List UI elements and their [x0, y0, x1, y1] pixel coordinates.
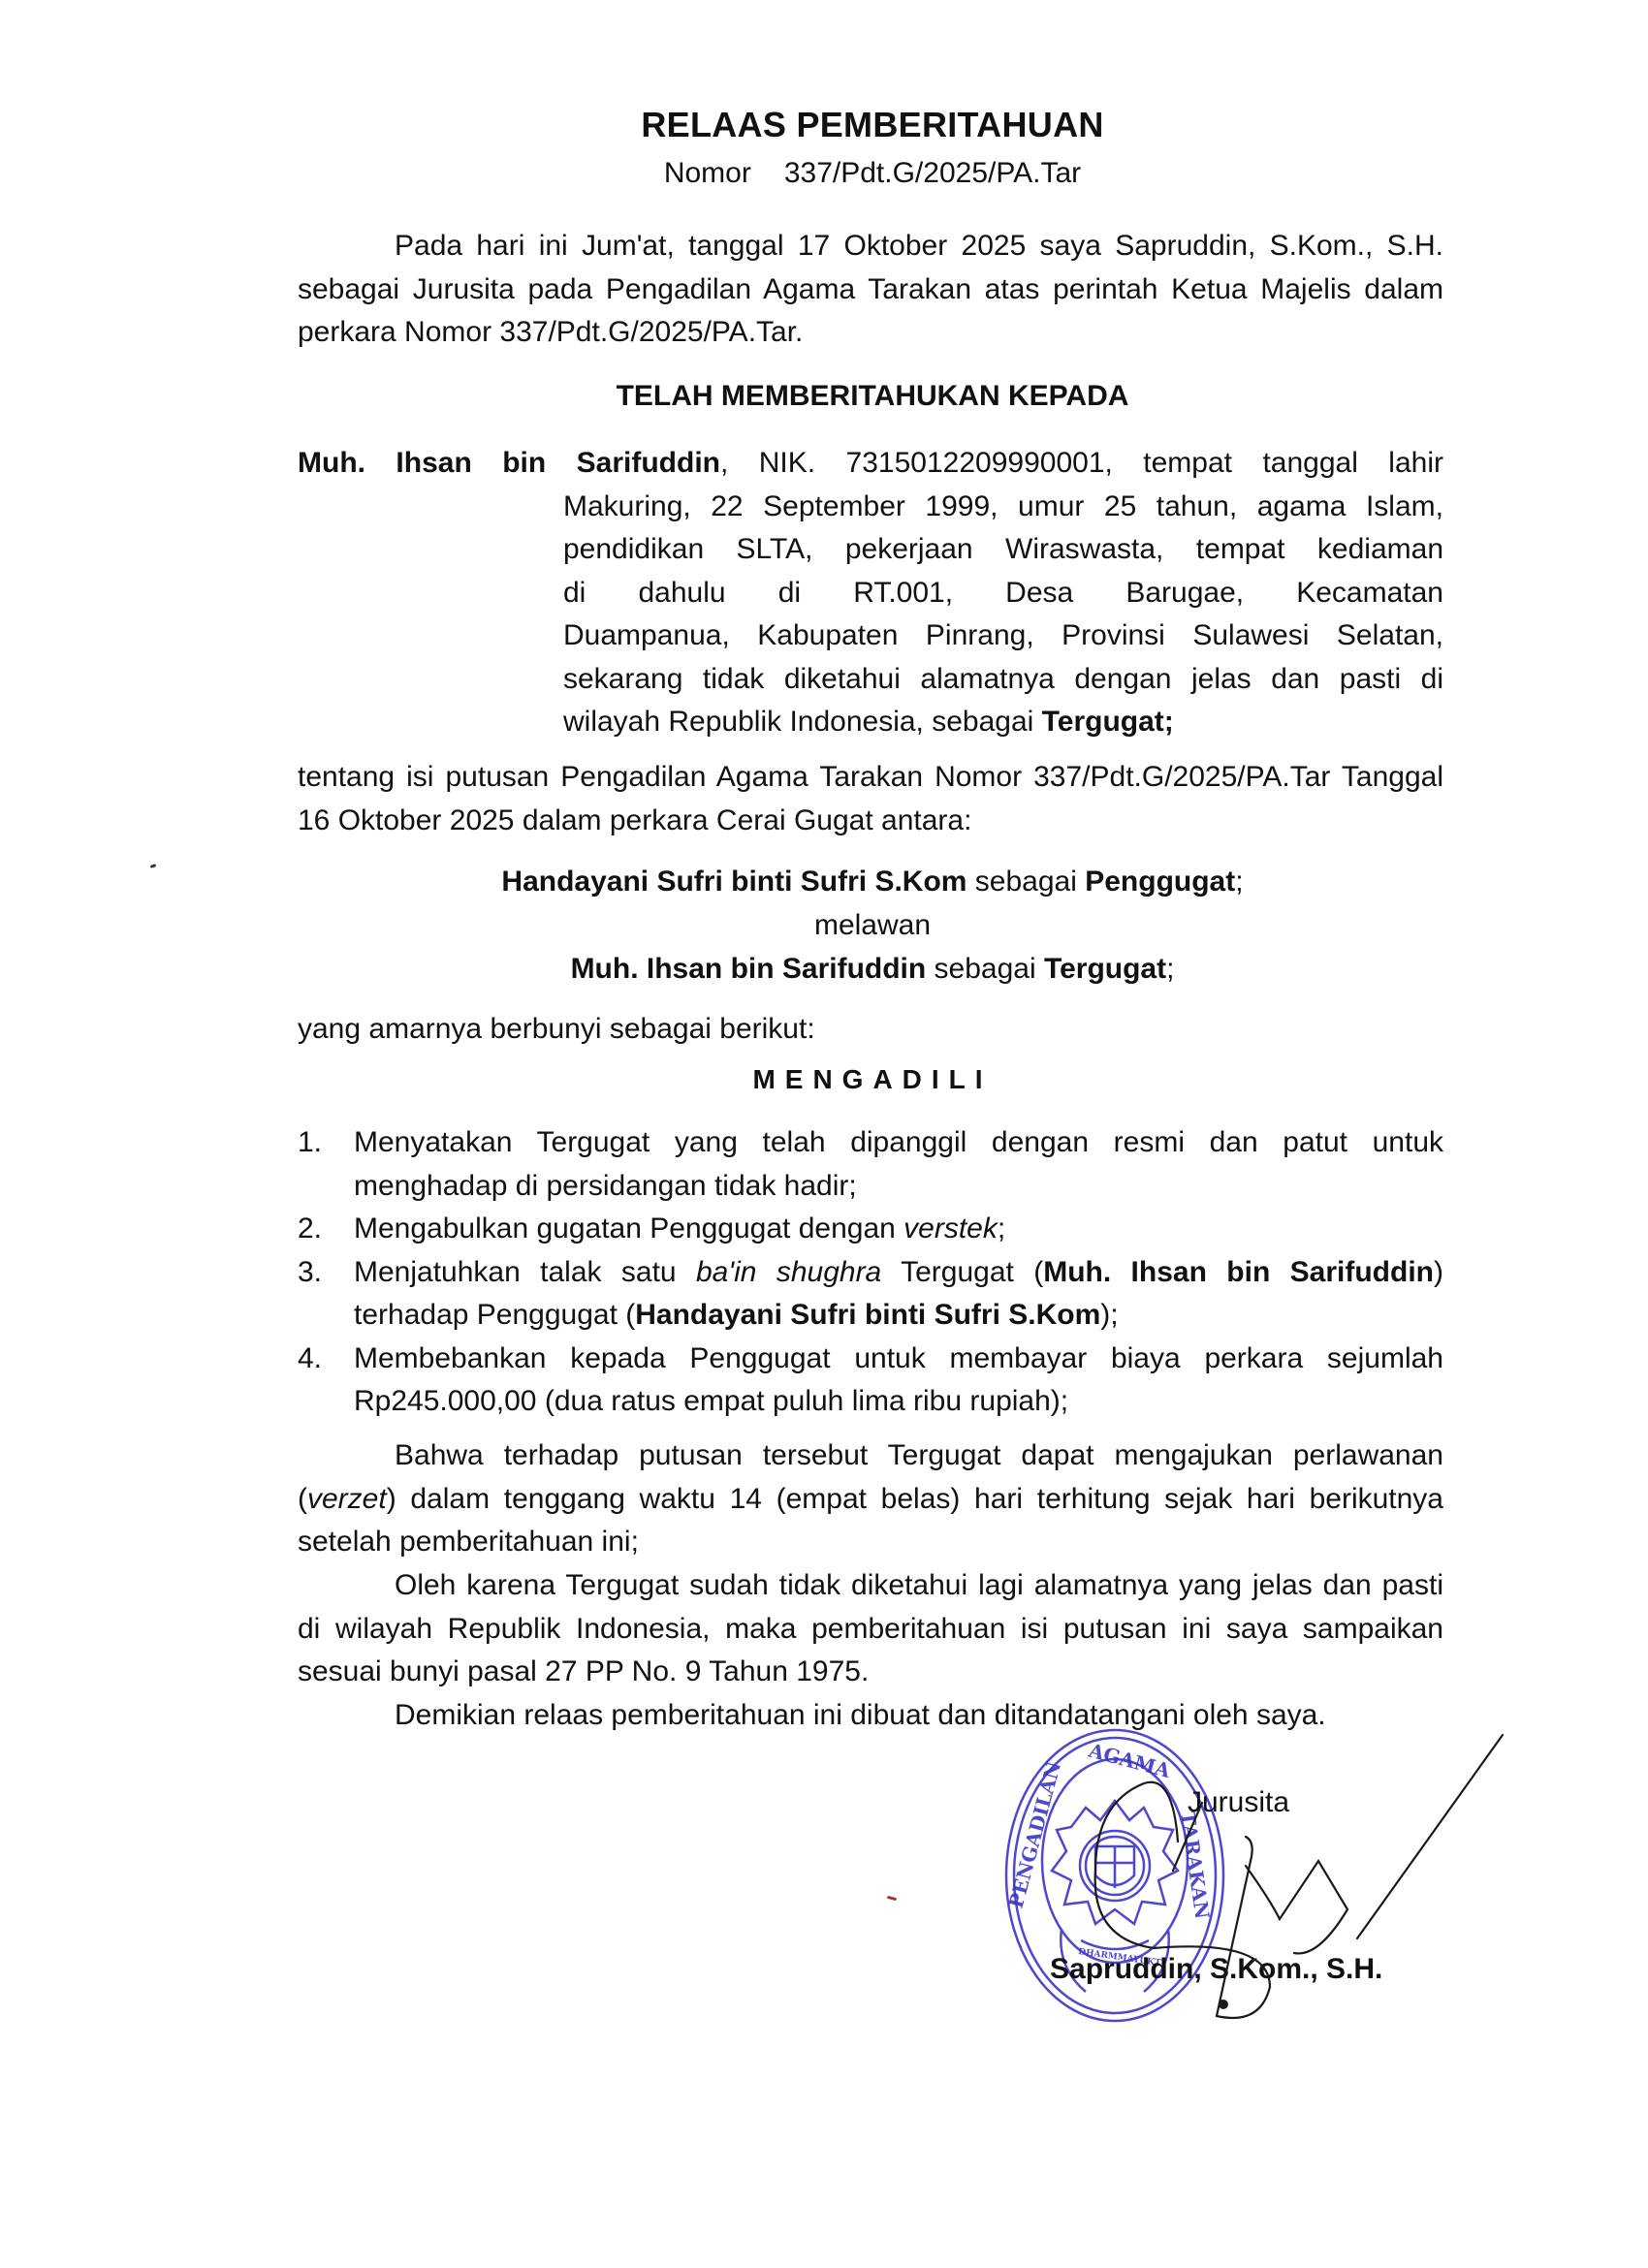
recipient-role: Tergugat;: [1042, 706, 1174, 738]
recipient-line: sekarang tidak diketahui alamatnya denga…: [563, 658, 1443, 702]
verdict-item: 1. Menyatakan Tergugat yang telah dipang…: [298, 1121, 1443, 1208]
verdict-item-italic: verstek: [903, 1213, 998, 1244]
verzet-italic: verzet: [307, 1483, 387, 1515]
verdict-item-plaintiff: Handayani Sufri binti Sufri S.Kom: [635, 1299, 1100, 1331]
handwritten-signature-icon: [979, 1716, 1522, 2035]
versus-label: melawan: [0, 904, 1648, 948]
verdict-item: 4. Membebankan kepada Penggugat untuk me…: [298, 1338, 1443, 1424]
verdict-heading: MENGADILI: [0, 1064, 1648, 1095]
verdict-item-number: 1.: [298, 1121, 322, 1165]
recipient-line: wilayah Republik Indonesia, sebagai Terg…: [563, 701, 1443, 744]
defendant-end: ;: [1166, 953, 1174, 985]
verdict-item-text: Tergugat (: [881, 1256, 1043, 1288]
verdict-item: 3. Menjatuhkan talak satu ba'in shughra …: [298, 1251, 1443, 1338]
signature-area: PENGADILAN AGAMA TARAKAN DHARMMAYUKTI Ju…: [979, 1716, 1522, 2035]
document-title: RELAAS PEMBERITAHUAN: [0, 105, 1648, 145]
recipient-line: pendidikan SLTA, pekerjaan Wiraswasta, t…: [563, 528, 1443, 572]
defendant-name: Muh. Ihsan bin Sarifuddin: [571, 953, 927, 985]
document-number-value: 337/Pdt.G/2025/PA.Tar: [784, 157, 1081, 189]
verdict-item-defendant: Muh. Ihsan bin Sarifuddin: [1043, 1256, 1434, 1288]
document-page: RELAAS PEMBERITAHUAN Nomor337/Pdt.G/2025…: [0, 0, 1648, 2268]
defendant-as: sebagai: [926, 953, 1044, 985]
reason-paragraph: Oleh karena Tergugat sudah tidak diketah…: [298, 1564, 1443, 1694]
subject-paragraph: tentang isi putusan Pengadilan Agama Tar…: [298, 756, 1443, 842]
plaintiff-as: sebagai: [967, 866, 1085, 898]
document-number-label: Nomor: [664, 157, 751, 189]
verdict-list: 1. Menyatakan Tergugat yang telah dipang…: [298, 1121, 1443, 1424]
plaintiff-name: Handayani Sufri binti Sufri S.Kom: [501, 866, 967, 898]
verdict-item-number: 3.: [298, 1251, 322, 1295]
defendant-line: Muh. Ihsan bin Sarifuddin sebagai Tergug…: [0, 948, 1648, 992]
scan-speck: [887, 1896, 897, 1901]
verzet-paragraph: Bahwa terhadap putusan tersebut Tergugat…: [298, 1434, 1443, 1564]
verdict-item-text: Menjatuhkan talak satu: [354, 1256, 696, 1288]
notified-heading: TELAH MEMBERITAHUKAN KEPADA: [0, 380, 1648, 413]
plaintiff-role: Penggugat: [1085, 866, 1235, 898]
verdict-item-italic: ba'in shughra: [696, 1256, 881, 1288]
verdict-item-number: 2.: [298, 1208, 322, 1251]
recipient-name: Muh. Ihsan bin Sarifuddin: [298, 447, 720, 479]
recipient-nik: , NIK. 7315012209990001, tempat tanggal …: [720, 447, 1443, 479]
verdict-item-text: );: [1100, 1299, 1118, 1331]
verdict-item-text: Mengabulkan gugatan Penggugat dengan: [354, 1213, 903, 1244]
verdict-intro: yang amarnya berbunyi sebagai berikut:: [298, 1008, 1443, 1052]
defendant-role: Tergugat: [1044, 953, 1166, 985]
opening-paragraph: Pada hari ini Jum'at, tanggal 17 Oktober…: [298, 225, 1443, 355]
verdict-item-number: 4.: [298, 1338, 322, 1381]
recipient-line: Duampanua, Kabupaten Pinrang, Provinsi S…: [563, 614, 1443, 658]
recipient-details: Makuring, 22 September 1999, umur 25 tah…: [298, 486, 1443, 744]
verdict-item-text-end: ;: [998, 1213, 1005, 1244]
recipient-block: Muh. Ihsan bin Sarifuddin, NIK. 73150122…: [298, 442, 1443, 744]
verdict-item: 2. Mengabulkan gugatan Penggugat dengan …: [298, 1208, 1443, 1251]
plaintiff-end: ;: [1235, 866, 1243, 898]
verzet-text-end: ) dalam tenggang waktu 14 (empat belas) …: [298, 1483, 1443, 1559]
recipient-last-line-text: wilayah Republik Indonesia, sebagai: [563, 706, 1042, 738]
verdict-item-text: Menyatakan Tergugat yang telah dipanggil…: [354, 1126, 1443, 1202]
document-number: Nomor337/Pdt.G/2025/PA.Tar: [0, 157, 1648, 190]
recipient-line: di dahulu di RT.001, Desa Barugae, Kecam…: [563, 572, 1443, 615]
verdict-item-text: Membebankan kepada Penggugat untuk memba…: [354, 1342, 1443, 1418]
plaintiff-line: Handayani Sufri binti Sufri S.Kom sebaga…: [0, 861, 1648, 904]
recipient-line: Makuring, 22 September 1999, umur 25 tah…: [563, 486, 1443, 529]
recipient-first-line: Muh. Ihsan bin Sarifuddin, NIK. 73150122…: [298, 442, 1443, 486]
